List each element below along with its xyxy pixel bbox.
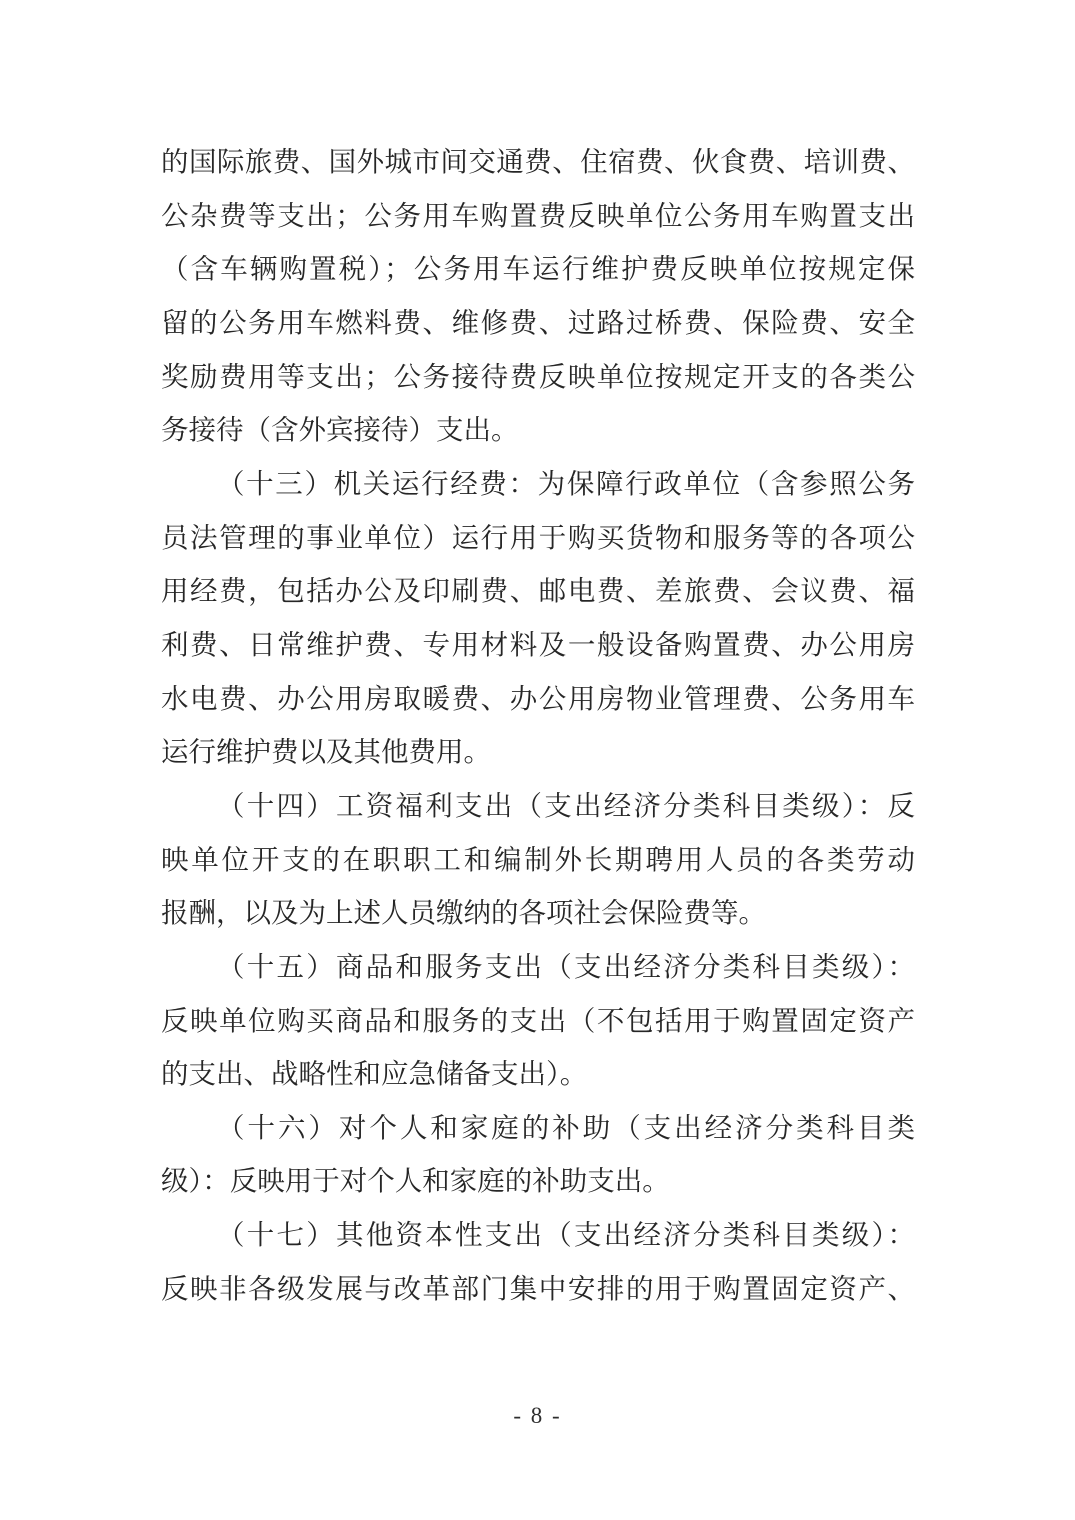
text-line: 奖励费用等支出；公务接待费反映单位按规定开支的各类公 <box>161 350 915 404</box>
text-line: 公杂费等支出；公务用车购置费反映单位公务用车购置支出 <box>161 189 915 243</box>
text-line: （十七）其他资本性支出（支出经济分类科目类级）： <box>161 1208 915 1262</box>
text-line: 反映非各级发展与改革部门集中安排的用于购置固定资产、 <box>161 1262 915 1316</box>
text-line: 用经费，包括办公及印刷费、邮电费、差旅费、会议费、福 <box>161 564 915 618</box>
text-line: 务接待（含外宾接待）支出。 <box>161 403 915 457</box>
document-body: 的国际旅费、国外城市间交通费、住宿费、伙食费、培训费、公杂费等支出；公务用车购置… <box>161 135 915 1315</box>
text-line: 级）：反映用于对个人和家庭的补助支出。 <box>161 1154 915 1208</box>
text-line: （十五）商品和服务支出（支出经济分类科目类级）： <box>161 940 915 994</box>
text-line: 员法管理的事业单位）运行用于购买货物和服务等的各项公 <box>161 511 915 565</box>
text-line: 映单位开支的在职职工和编制外长期聘用人员的各类劳动 <box>161 833 915 887</box>
text-line: （十四）工资福利支出（支出经济分类科目类级）：反 <box>161 779 915 833</box>
text-line: 报酬，以及为上述人员缴纳的各项社会保险费等。 <box>161 886 915 940</box>
text-line: （含车辆购置税）；公务用车运行维护费反映单位按规定保 <box>161 242 915 296</box>
text-line: 的国际旅费、国外城市间交通费、住宿费、伙食费、培训费、 <box>161 135 915 189</box>
text-line: 运行维护费以及其他费用。 <box>161 725 915 779</box>
text-line: （十六）对个人和家庭的补助（支出经济分类科目类 <box>161 1101 915 1155</box>
document-page: 的国际旅费、国外城市间交通费、住宿费、伙食费、培训费、公杂费等支出；公务用车购置… <box>0 0 1075 1520</box>
text-line: 的支出、战略性和应急储备支出）。 <box>161 1047 915 1101</box>
text-line: 留的公务用车燃料费、维修费、过路过桥费、保险费、安全 <box>161 296 915 350</box>
text-line: 利费、日常维护费、专用材料及一般设备购置费、办公用房 <box>161 618 915 672</box>
text-line: 反映单位购买商品和服务的支出（不包括用于购置固定资产 <box>161 994 915 1048</box>
text-line: （十三）机关运行经费：为保障行政单位（含参照公务 <box>161 457 915 511</box>
page-number: - 8 - <box>0 1403 1075 1429</box>
text-line: 水电费、办公用房取暖费、办公用房物业管理费、公务用车 <box>161 672 915 726</box>
